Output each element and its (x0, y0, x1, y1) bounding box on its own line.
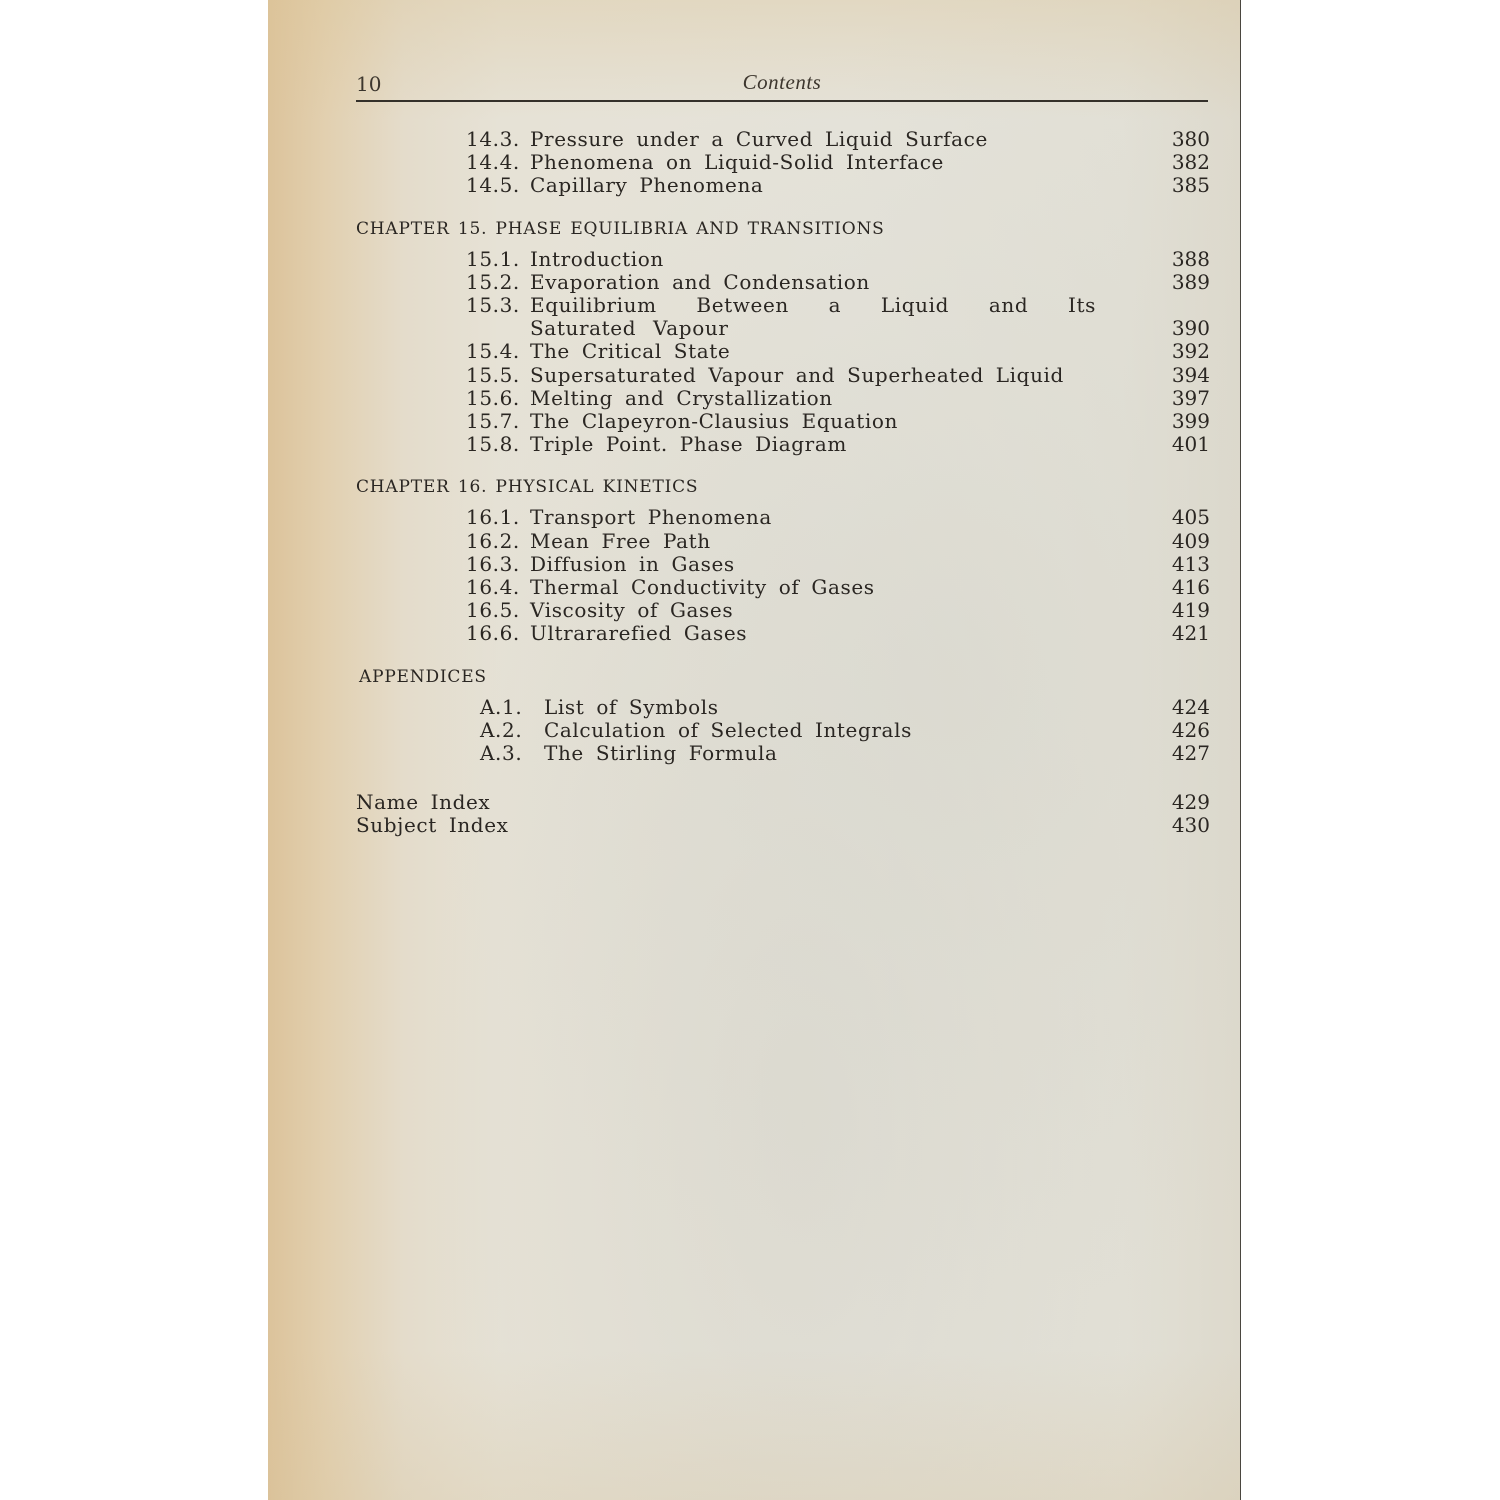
section-title: Triple Point. Phase Diagram (530, 433, 1160, 456)
section-page: 416 (1160, 576, 1210, 599)
running-head: 10 Contents (356, 70, 1208, 96)
toc-entry: 14.5. Capillary Phenomena 385 (356, 174, 1210, 197)
toc-entry: 15.7. The Clapeyron-Clausius Equation 39… (356, 410, 1210, 433)
section-page: 419 (1160, 599, 1210, 622)
section-title: The Critical State (530, 340, 1160, 363)
section-title: Supersaturated Vapour and Superheated Li… (530, 364, 1160, 387)
section-number: 14.4. (466, 151, 530, 174)
section-title: Thermal Conductivity of Gases (530, 576, 1160, 599)
section-number: 16.6. (466, 622, 530, 645)
section-number: 16.3. (466, 553, 530, 576)
toc-entry: 16.3. Diffusion in Gases 413 (356, 553, 1210, 576)
continued-sections: 14.3. Pressure under a Curved Liquid Sur… (356, 128, 1210, 198)
toc-entry: A.3. The Stirling Formula 427 (356, 742, 1210, 765)
section-number: 14.5. (466, 174, 530, 197)
section-page: 394 (1160, 364, 1210, 387)
section-title: Phenomena on Liquid-Solid Interface (530, 151, 1160, 174)
appendix-page: 426 (1160, 719, 1210, 742)
section-number: 15.1. (466, 248, 530, 271)
appendix-title: The Stirling Formula (544, 742, 1160, 765)
section-page: 399 (1160, 410, 1210, 433)
section-page: 397 (1160, 387, 1210, 410)
appendix-number: A.1. (480, 696, 544, 719)
appendix-number: A.2. (480, 719, 544, 742)
toc-entry: A.2. Calculation of Selected Integrals 4… (356, 719, 1210, 742)
section-title: Equilibrium Between a Liquid and Its Sat… (530, 294, 1160, 340)
toc-entry: 15.6. Melting and Crystallization 397 (356, 387, 1210, 410)
section-page: 385 (1160, 174, 1210, 197)
toc-entry: Name Index 429 (356, 791, 1210, 814)
chapter-15: CHAPTER 15. PHASE EQUILIBRIA AND TRANSIT… (356, 218, 1210, 457)
toc-entry: 15.3. Equilibrium Between a Liquid and I… (356, 294, 1210, 340)
section-title: Capillary Phenomena (530, 174, 1160, 197)
toc-entry: 16.2. Mean Free Path 409 (356, 530, 1210, 553)
toc-entry: 16.1. Transport Phenomena 405 (356, 506, 1210, 529)
section-number: 15.5. (466, 364, 530, 387)
toc-entry: 15.2. Evaporation and Condensation 389 (356, 271, 1210, 294)
toc-entry: 15.8. Triple Point. Phase Diagram 401 (356, 433, 1210, 456)
indexes: Name Index 429 Subject Index 430 (356, 791, 1210, 837)
section-number: 15.6. (466, 387, 530, 410)
section-number: 16.4. (466, 576, 530, 599)
header-rule (356, 100, 1208, 102)
chapter-16: CHAPTER 16. PHYSICAL KINETICS 16.1. Tran… (356, 476, 1210, 645)
section-number: 16.2. (466, 530, 530, 553)
section-title: Evaporation and Condensation (530, 271, 1160, 294)
section-number: 14.3. (466, 128, 530, 151)
section-title: Melting and Crystallization (530, 387, 1160, 410)
section-page: 388 (1160, 248, 1210, 271)
section-number: 15.8. (466, 433, 530, 456)
appendix-page: 424 (1160, 696, 1210, 719)
book-page: 10 Contents 14.3. Pressure under a Curve… (268, 0, 1241, 1500)
section-number: 15.2. (466, 271, 530, 294)
toc-entry: 15.4. The Critical State 392 (356, 340, 1210, 363)
appendix-number: A.3. (480, 742, 544, 765)
section-number: 16.1. (466, 506, 530, 529)
section-title: Transport Phenomena (530, 506, 1160, 529)
section-page: 401 (1160, 433, 1210, 456)
toc-entry: 15.5. Supersaturated Vapour and Superhea… (356, 364, 1210, 387)
appendix-page: 427 (1160, 742, 1210, 765)
index-title: Name Index (356, 791, 1160, 814)
section-title: Diffusion in Gases (530, 553, 1160, 576)
table-of-contents: 14.3. Pressure under a Curved Liquid Sur… (356, 128, 1210, 838)
section-page: 413 (1160, 553, 1210, 576)
section-page: 392 (1160, 340, 1210, 363)
toc-entry: 16.5. Viscosity of Gases 419 (356, 599, 1210, 622)
toc-entry: 16.6. Ultrararefied Gases 421 (356, 622, 1210, 645)
section-title: Viscosity of Gases (530, 599, 1160, 622)
section-title: Introduction (530, 248, 1160, 271)
section-number: 15.4. (466, 340, 530, 363)
section-page: 390 (1160, 317, 1210, 340)
toc-entry: Subject Index 430 (356, 814, 1210, 837)
section-title: The Clapeyron-Clausius Equation (530, 410, 1160, 433)
section-page: 380 (1160, 128, 1210, 151)
toc-entry: 15.1. Introduction 388 (356, 248, 1210, 271)
index-title: Subject Index (356, 814, 1160, 837)
section-title: Pressure under a Curved Liquid Surface (530, 128, 1160, 151)
section-number: 15.3. (466, 294, 530, 317)
index-page: 430 (1160, 814, 1210, 837)
toc-entry: 14.3. Pressure under a Curved Liquid Sur… (356, 128, 1210, 151)
chapter-heading: CHAPTER 16. PHYSICAL KINETICS (356, 476, 1210, 498)
appendix-title: Calculation of Selected Integrals (544, 719, 1160, 742)
toc-entry: A.1. List of Symbols 424 (356, 696, 1210, 719)
section-page: 409 (1160, 530, 1210, 553)
index-page: 429 (1160, 791, 1210, 814)
section-page: 382 (1160, 151, 1210, 174)
chapter-heading: CHAPTER 15. PHASE EQUILIBRIA AND TRANSIT… (356, 218, 1210, 240)
section-page: 421 (1160, 622, 1210, 645)
running-title: Contents (356, 70, 1208, 95)
section-title: Mean Free Path (530, 530, 1160, 553)
section-page: 389 (1160, 271, 1210, 294)
section-page: 405 (1160, 506, 1210, 529)
section-number: 16.5. (466, 599, 530, 622)
section-title: Ultrararefied Gases (530, 622, 1160, 645)
appendices: APPENDICES A.1. List of Symbols 424 A.2.… (356, 666, 1210, 766)
toc-entry: 16.4. Thermal Conductivity of Gases 416 (356, 576, 1210, 599)
section-number: 15.7. (466, 410, 530, 433)
appendix-title: List of Symbols (544, 696, 1160, 719)
toc-entry: 14.4. Phenomena on Liquid-Solid Interfac… (356, 151, 1210, 174)
appendices-heading: APPENDICES (359, 666, 1210, 688)
